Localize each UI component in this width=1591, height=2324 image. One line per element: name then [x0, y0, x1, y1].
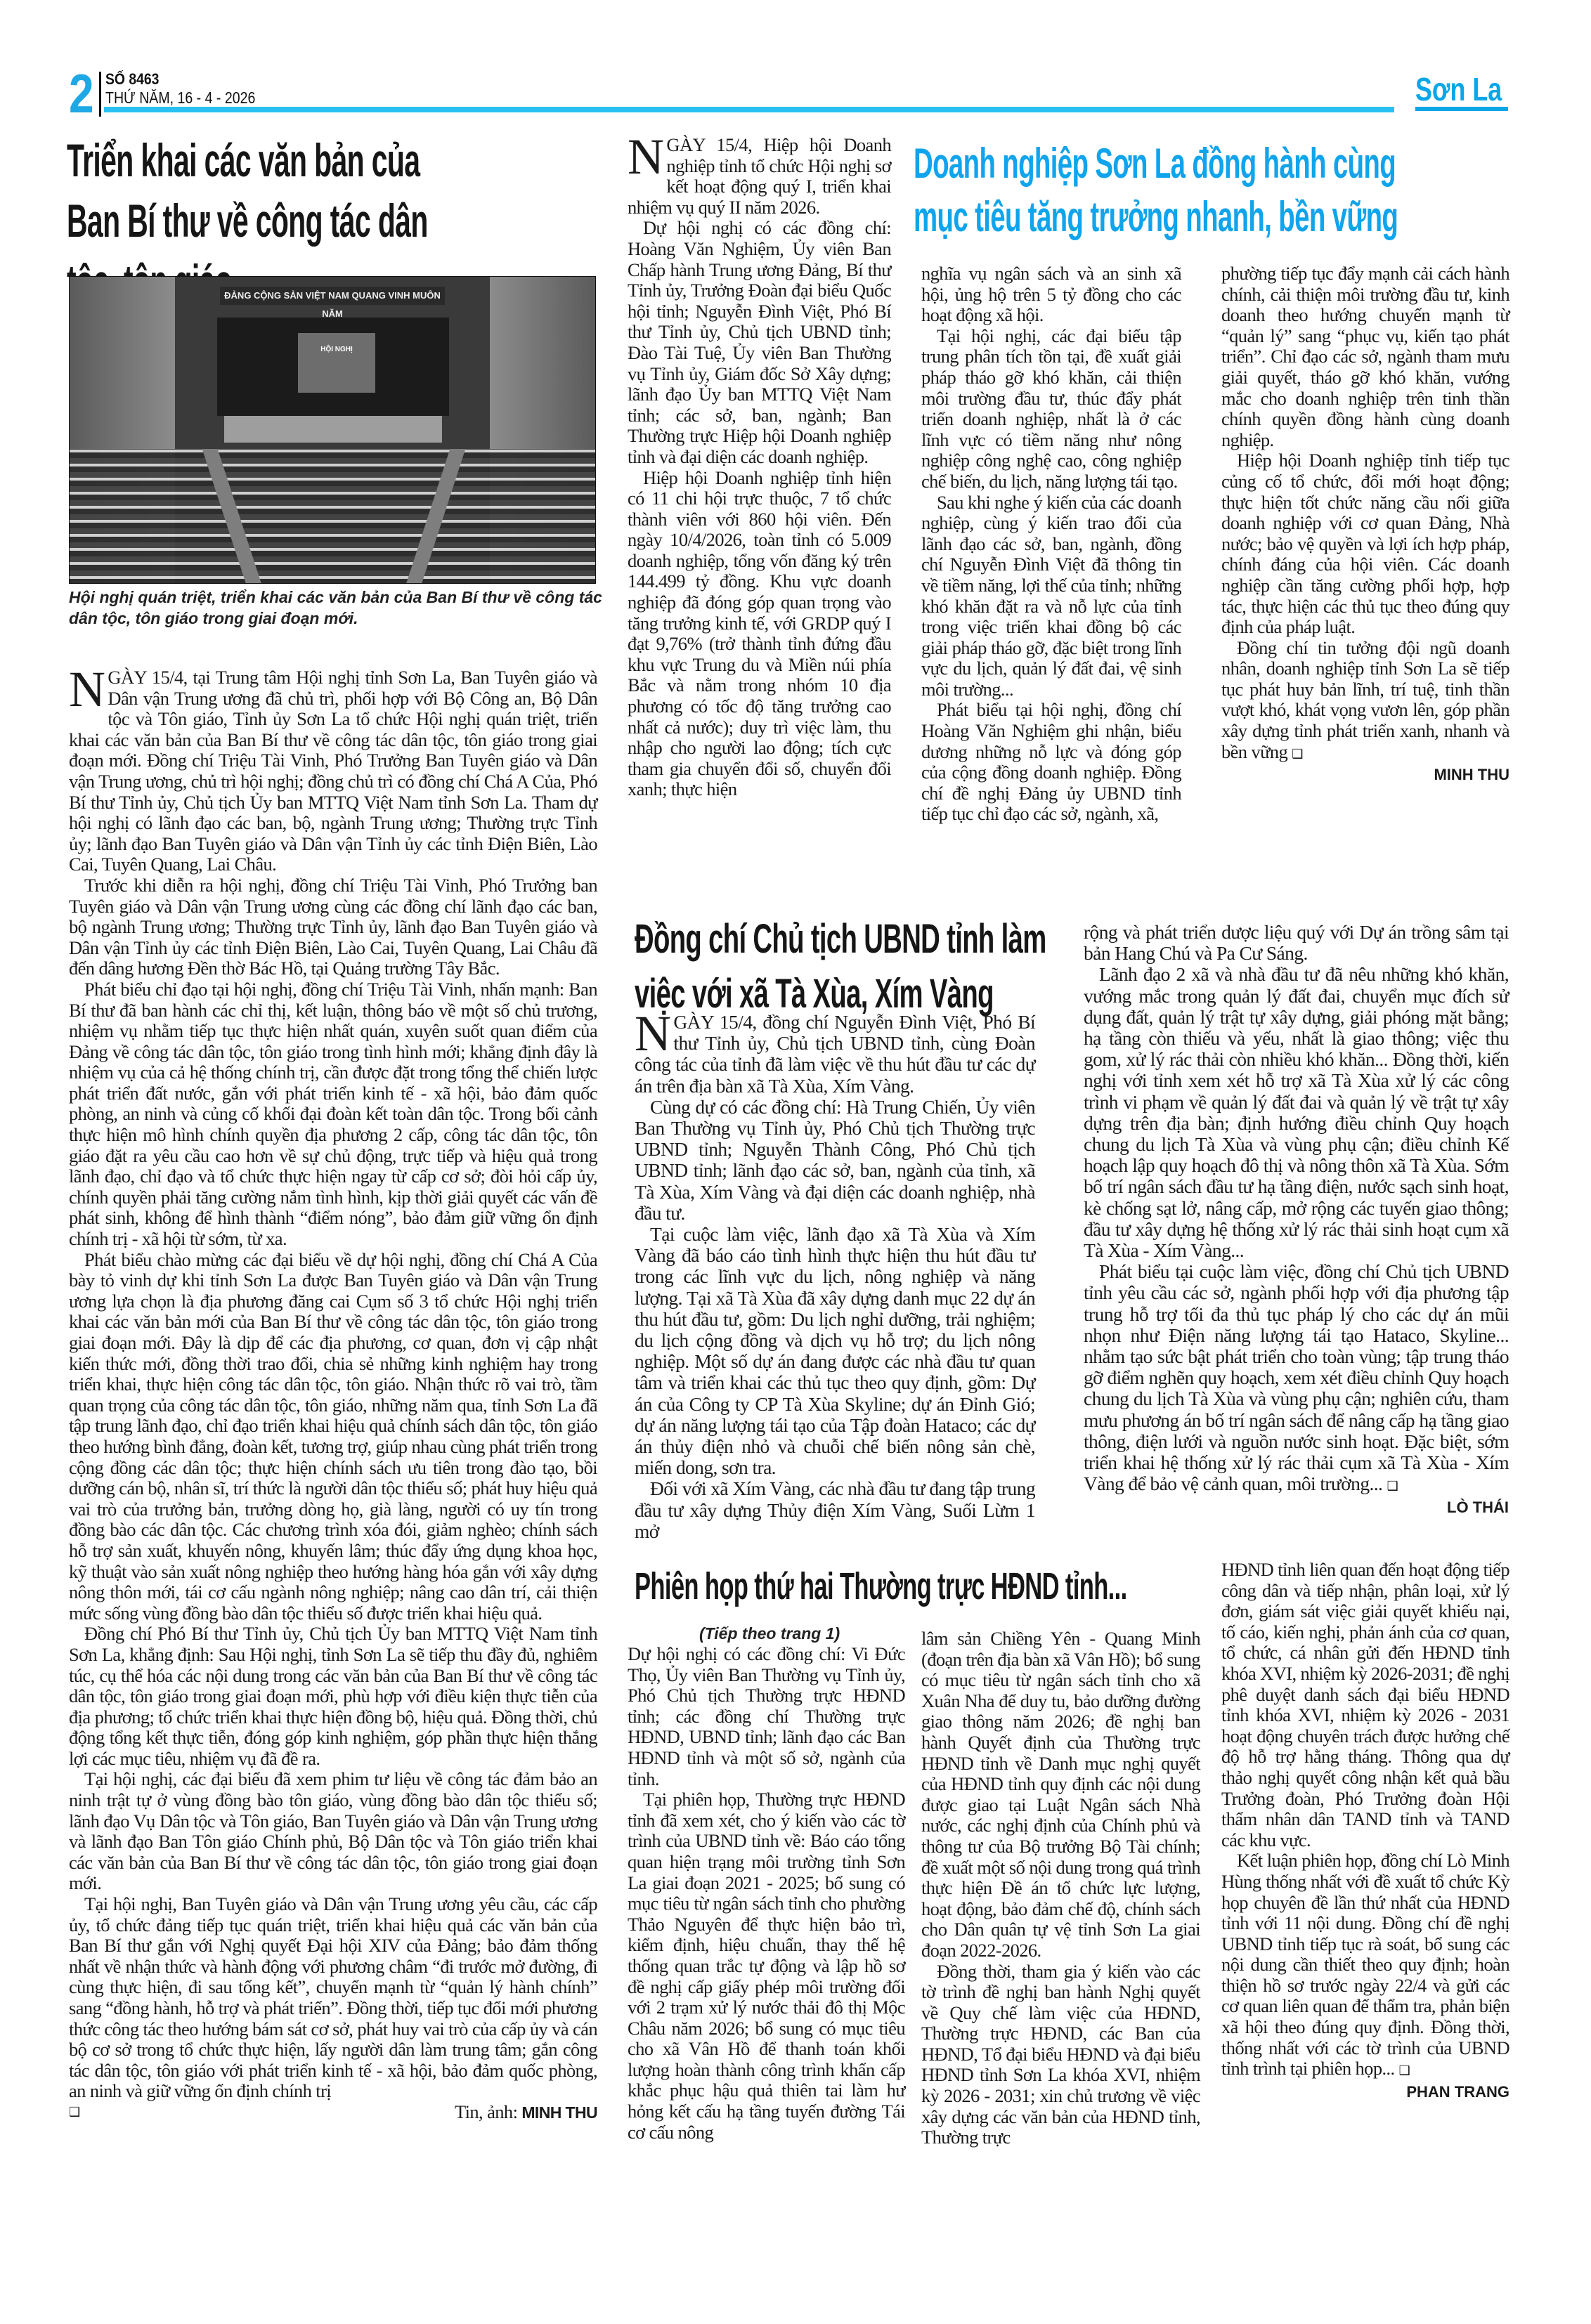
paragraph: Dự hội nghị có các đồng chí: Vi Đức Thọ,…: [628, 1644, 905, 1789]
paragraph: Đồng chí tin tưởng đội ngũ doanh nhân, d…: [1221, 638, 1509, 765]
section-title: Sơn La: [1415, 70, 1502, 108]
paragraph: NGÀY 15/4, Hiệp hội Doanh nghiệp tỉnh tổ…: [628, 135, 891, 218]
end-mark-icon: ❑: [1387, 1479, 1398, 1494]
paragraph: lâm sản Chiềng Yên - Quang Minh (đoạn tr…: [921, 1628, 1200, 1961]
hdnd-col-1: Dự hội nghị có các đồng chí: Vi Đức Thọ,…: [628, 1644, 905, 2143]
taxua-col-1: NGÀY 15/4, đồng chí Nguyễn Đình Việt, Ph…: [635, 1012, 1035, 1542]
header-divider: [99, 72, 101, 117]
dropcap: N: [628, 136, 663, 177]
paragraph: nghĩa vụ ngân sách và an sinh xã hội, ủn…: [921, 263, 1181, 326]
byline: MINH THU: [521, 2103, 597, 2122]
paragraph: Phát biểu tại cuộc làm việc, đồng chí Ch…: [1084, 1261, 1509, 1497]
paragraph: Tại hội nghị, các đại biểu đã xem phim t…: [69, 1769, 597, 1894]
photo-stage-floor: [224, 416, 442, 443]
photo-audience: [70, 449, 595, 584]
headline-hdnd: Phiên họp thứ hai Thường trực HĐND tỉnh.…: [635, 1562, 1129, 1611]
paragraph: Phát biểu tại hội nghị, đồng chí Hoàng V…: [921, 700, 1181, 825]
byline: PHAN TRANG: [1221, 2082, 1509, 2103]
headline-doanh-nghiep: Doanh nghiệp Sơn La đồng hành cùng mục t…: [914, 137, 1453, 244]
dropcap: N: [635, 1013, 670, 1054]
hdnd-col-2: lâm sản Chiềng Yên - Quang Minh (đoạn tr…: [921, 1628, 1200, 2148]
paragraph: Phát biểu chỉ đạo tại hội nghị, đồng chí…: [69, 979, 597, 1250]
photo-screen: HỘI NGHỊ: [298, 333, 375, 393]
credit: Tin, ảnh: MINH THU: [455, 2102, 597, 2124]
paragraph: Tại phiên họp, Thường trực HĐND tỉnh đã …: [628, 1789, 905, 2143]
page-number: 2: [69, 69, 93, 118]
paragraph: Hiệp hội Doanh nghiệp tỉnh hiện có 11 ch…: [628, 468, 891, 801]
issue-date: THỨ NĂM, 16 - 4 - 2026: [105, 89, 255, 107]
paragraph: Tại hội nghị, Ban Tuyên giáo và Dân vận …: [69, 1894, 597, 2102]
paragraph: Tại hội nghị, các đại biểu tập trung phâ…: [921, 326, 1181, 492]
headline-ta-xua: Đồng chí Chủ tịch UBND tỉnh làm việc với…: [635, 912, 1052, 1021]
photo-caption: Hội nghị quán triệt, triển khai các văn …: [69, 587, 603, 629]
paragraph: Đối với xã Xím Vàng, các nhà đầu tư đang…: [635, 1478, 1035, 1542]
paragraph: Sau khi nghe ý kiến của các doanh nghiệp…: [921, 492, 1181, 700]
byline: MINH THU: [1221, 764, 1509, 785]
section-underline: [1415, 107, 1508, 111]
paragraph: Đồng chí Phó Bí thư Tỉnh ủy, Chủ tịch Ủy…: [69, 1624, 597, 1769]
paragraph: Lãnh đạo 2 xã và nhà đầu tư đã nêu những…: [1084, 964, 1509, 1261]
continued-note: (Tiếp theo trang 1): [699, 1624, 840, 1643]
paragraph: HĐND tỉnh liên quan đến hoạt động tiếp c…: [1221, 1560, 1509, 1850]
credit-line: ❑ Tin, ảnh: MINH THU: [69, 2102, 597, 2124]
paragraph: NGÀY 15/4, tại Trung tâm Hội nghị tỉnh S…: [69, 667, 597, 875]
paragraph: Trước khi diễn ra hội nghị, đồng chí Tri…: [69, 875, 597, 979]
business-col-3: phường tiếp tục đẩy mạnh cải cách hành c…: [1221, 263, 1509, 785]
paragraph: Tại cuộc làm việc, lãnh đạo xã Tà Xùa và…: [635, 1224, 1035, 1478]
paragraph: rộng và phát triển dược liệu quý với Dự …: [1084, 922, 1509, 964]
paragraph: NGÀY 15/4, đồng chí Nguyễn Đình Việt, Ph…: [635, 1012, 1035, 1097]
paragraph: Đồng thời, tham gia ý kiến vào các tờ tr…: [921, 1961, 1200, 2148]
conference-photo: ĐẢNG CỘNG SẢN VIỆT NAM QUANG VINH MUÔN N…: [69, 276, 596, 584]
byline: LÒ THÁI: [1084, 1497, 1509, 1518]
dropcap: N: [69, 669, 105, 710]
end-mark-icon: ❑: [69, 2102, 80, 2124]
article-body-left: NGÀY 15/4, tại Trung tâm Hội nghị tỉnh S…: [69, 667, 597, 2124]
paragraph: Cùng dự có các đồng chí: Hà Trung Chiến,…: [635, 1097, 1035, 1224]
paragraph: Dự hội nghị có các đồng chí: Hoàng Văn N…: [628, 218, 891, 467]
paragraph: Kết luận phiên họp, đồng chí Lò Minh Hùn…: [1221, 1850, 1509, 2082]
paragraph: Hiệp hội Doanh nghiệp tỉnh tiếp tục củng…: [1221, 450, 1509, 637]
taxua-col-2: rộng và phát triển dược liệu quý với Dự …: [1084, 922, 1509, 1519]
paragraph: Phát biểu chào mừng các đại biểu về dự h…: [69, 1250, 597, 1624]
paragraph: phường tiếp tục đẩy mạnh cải cách hành c…: [1221, 263, 1509, 450]
business-col-2: nghĩa vụ ngân sách và an sinh xã hội, ủn…: [921, 263, 1181, 825]
issue-number: SỐ 8463: [105, 70, 159, 89]
business-col-1: NGÀY 15/4, Hiệp hội Doanh nghiệp tỉnh tổ…: [628, 135, 891, 800]
end-mark-icon: ❑: [1292, 747, 1303, 762]
header-rule: [104, 107, 1394, 112]
end-mark-icon: ❑: [1399, 2063, 1410, 2078]
hdnd-col-3: HĐND tỉnh liên quan đến hoạt động tiếp c…: [1221, 1560, 1509, 2102]
photo-banner: ĐẢNG CỘNG SẢN VIỆT NAM QUANG VINH MUÔN N…: [220, 287, 445, 305]
